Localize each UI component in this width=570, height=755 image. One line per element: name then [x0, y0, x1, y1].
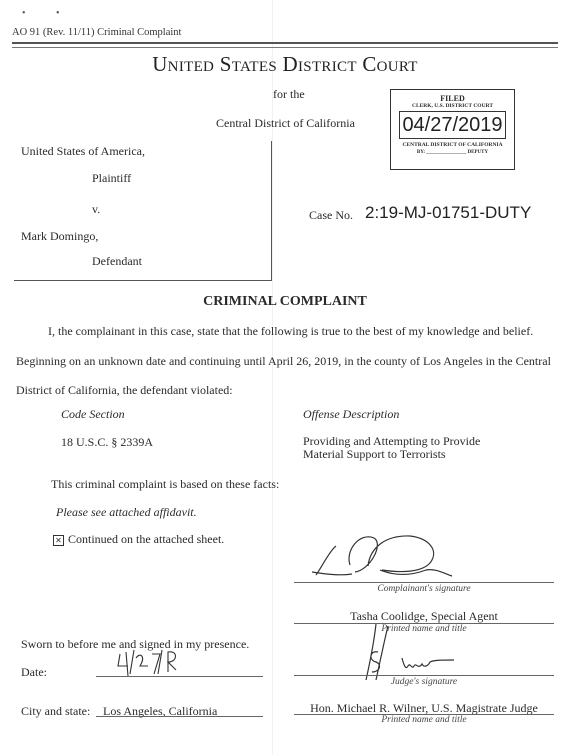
continued-checkbox[interactable]: ✕ — [53, 535, 64, 546]
defendant-role: Defendant — [92, 254, 142, 269]
stamp-by: BY: ________________ DEPUTY — [391, 150, 514, 155]
caption-bottom-rule — [14, 280, 272, 281]
city-state-label: City and state: — [21, 704, 90, 719]
facts-value: Please see attached affidavit. — [56, 505, 197, 520]
code-section-value: 18 U.S.C. § 2339A — [61, 435, 153, 450]
stamp-date: 04/27/2019 — [399, 111, 506, 139]
date-line — [96, 676, 263, 677]
code-section-header: Code Section — [61, 407, 125, 422]
stamp-filed: FILED — [391, 94, 514, 103]
case-number: 2:19-MJ-01751-DUTY — [365, 203, 531, 223]
versus: v. — [92, 202, 100, 217]
court-title: United States District Court — [0, 52, 570, 77]
date-label: Date: — [21, 665, 47, 680]
continued-row: ✕Continued on the attached sheet. — [53, 532, 224, 547]
stamp-district: CENTRAL DISTRICT OF CALIFORNIA — [391, 142, 514, 148]
form-id: AO 91 (Rev. 11/11) Criminal Complaint — [12, 27, 181, 38]
defendant-name: Mark Domingo, — [21, 229, 98, 244]
complainant-signature-caption: Complainant's signature — [294, 584, 554, 594]
caption-divider — [271, 141, 272, 280]
judge-signature — [362, 622, 462, 682]
handwritten-date — [116, 648, 186, 678]
header-rule — [12, 42, 558, 48]
complaint-line-2: Beginning on an unknown date and continu… — [16, 354, 551, 369]
judge-signature-line — [294, 675, 554, 676]
page-fold — [272, 0, 273, 755]
plaintiff-role: Plaintiff — [92, 171, 131, 186]
continued-label: Continued on the attached sheet. — [68, 532, 224, 546]
filed-stamp: FILED CLERK, U.S. DISTRICT COURT 04/27/2… — [390, 89, 515, 170]
court-district: Central District of California — [216, 116, 355, 131]
offense-description-header: Offense Description — [303, 407, 399, 422]
stamp-clerk: CLERK, U.S. DISTRICT COURT — [391, 103, 514, 109]
complaint-intro: I, the complainant in this case, state t… — [48, 324, 533, 339]
judge-printed-caption: Printed name and title — [294, 715, 554, 725]
complaint-line-3: District of California, the defendant vi… — [16, 383, 233, 398]
case-label: Case No. — [309, 208, 353, 223]
for-the: for the — [273, 87, 305, 102]
plaintiff-name: United States of America, — [21, 144, 145, 159]
offense-description-value: Providing and Attempting to Provide Mate… — [303, 435, 480, 461]
city-state-line — [96, 716, 263, 717]
facts-label: This criminal complaint is based on thes… — [51, 477, 279, 492]
scan-marks: • • — [22, 8, 74, 19]
judge-signature-caption: Judge's signature — [294, 677, 554, 687]
complainant-signature — [310, 530, 470, 585]
complainant-signature-line — [294, 582, 554, 583]
complaint-title: CRIMINAL COMPLAINT — [0, 294, 570, 310]
offense-line-2: Material Support to Terrorists — [303, 448, 480, 461]
